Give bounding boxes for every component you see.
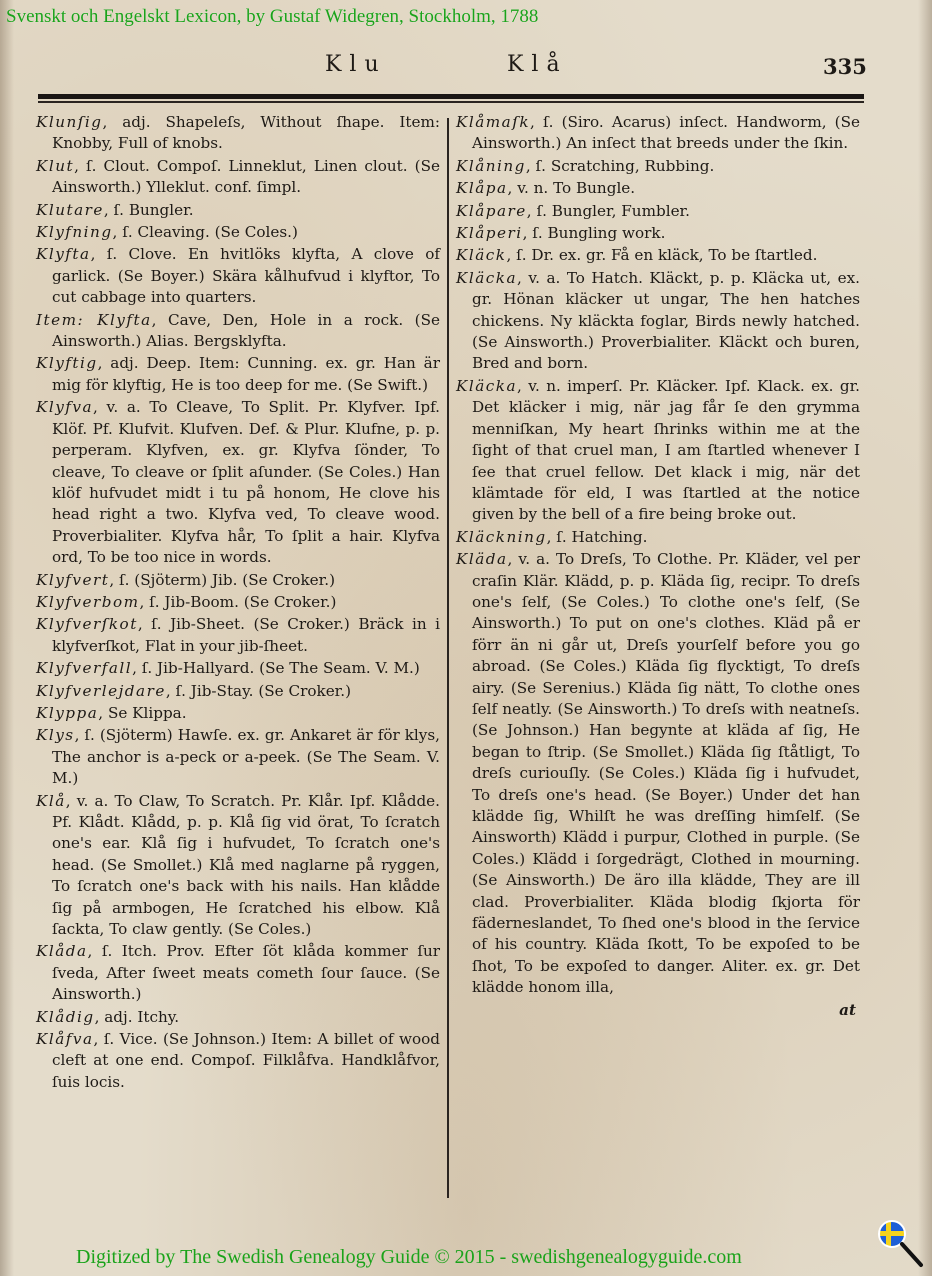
headword: Klyfverlejdare bbox=[36, 682, 166, 700]
headword: Kläckning bbox=[456, 528, 547, 546]
headword: Klådig bbox=[36, 1008, 95, 1026]
headword: Kläcka bbox=[456, 377, 517, 395]
headword: Klyfverfall bbox=[36, 659, 132, 677]
dictionary-entry: Item: Klyfta, Cave, Den, Hole in a rock.… bbox=[36, 310, 440, 353]
digitized-by-footer: Digitized by The Swedish Genealogy Guide… bbox=[76, 1246, 742, 1269]
dictionary-entry: Klåning, ſ. Scratching, Rubbing. bbox=[456, 156, 860, 177]
dictionary-entry: Klyfvert, ſ. (Sjöterm) Jib. (Se Croker.) bbox=[36, 570, 440, 591]
definition: , ſ. Jib-Stay. (Se Croker.) bbox=[166, 682, 351, 700]
headword: Klutare bbox=[36, 201, 104, 219]
definition: , ſ. Hatching. bbox=[547, 528, 648, 546]
running-head-left: Klu bbox=[325, 52, 387, 77]
definition: , ſ. Itch. Prov. Efter ſöt klåda kommer … bbox=[52, 942, 440, 1003]
definition: , ſ. Bungler, Fumbler. bbox=[527, 202, 690, 220]
definition: , ſ. (Siro. Acarus) inſect. Handworm, (S… bbox=[472, 113, 860, 152]
definition: , Se Klippa. bbox=[98, 704, 186, 722]
dictionary-entry: Kläcka, v. a. To Hatch. Kläckt, p. p. Kl… bbox=[456, 268, 860, 375]
headword: Klåning bbox=[456, 157, 526, 175]
headword: Klut bbox=[36, 157, 74, 175]
dictionary-entry: Kläda, v. a. To Dreſs, To Clothe. Pr. Kl… bbox=[456, 549, 860, 999]
definition: , ſ. Bungler. bbox=[104, 201, 194, 219]
definition: , ſ. Scratching, Rubbing. bbox=[526, 157, 714, 175]
dictionary-entry: Klys, ſ. (Sjöterm) Hawſe. ex. gr. Ankare… bbox=[36, 725, 440, 789]
dictionary-entry: Klyfning, ſ. Cleaving. (Se Coles.) bbox=[36, 222, 440, 243]
headword: Klys bbox=[36, 726, 75, 744]
header-rule bbox=[38, 94, 864, 99]
definition: , v. a. To Cleave, To Split. Pr. Klyfver… bbox=[52, 398, 440, 566]
headword: Kläda bbox=[456, 550, 508, 568]
dictionary-entry: Klut, ſ. Clout. Compoſ. Linneklut, Linen… bbox=[36, 156, 440, 199]
right-column: Klåmaſk, ſ. (Siro. Acarus) inſect. Handw… bbox=[456, 112, 860, 1021]
headword: Klåpa bbox=[456, 179, 508, 197]
headword: Klyfvert bbox=[36, 571, 109, 589]
headword: Kläck bbox=[456, 246, 506, 264]
running-head: Klu Klå 335 bbox=[0, 52, 932, 82]
page-number: 335 bbox=[823, 54, 867, 79]
column-divider bbox=[447, 118, 449, 1198]
definition: , v. n. To Bungle. bbox=[508, 179, 636, 197]
definition: , ſ. Vice. (Se Johnson.) Item: A billet … bbox=[52, 1030, 440, 1091]
definition: , v. n. imperſ. Pr. Kläcker. Ipf. Klack.… bbox=[472, 377, 860, 523]
headword: Klyfverbom bbox=[36, 593, 140, 611]
headword: Klyfverſkot bbox=[36, 615, 138, 633]
headword: Klyppa bbox=[36, 704, 98, 722]
dictionary-entry: Klyppa, Se Klippa. bbox=[36, 703, 440, 724]
definition: , ſ. Dr. ex. gr. Få en kläck, To be ſtar… bbox=[506, 246, 817, 264]
dictionary-entry: Klåpare, ſ. Bungler, Fumbler. bbox=[456, 201, 860, 222]
definition: , ſ. Jib-Hallyard. (Se The Seam. V. M.) bbox=[132, 659, 420, 677]
definition: , ſ. (Sjöterm) Jib. (Se Croker.) bbox=[109, 571, 335, 589]
dictionary-entry: Klutare, ſ. Bungler. bbox=[36, 200, 440, 221]
dictionary-entry: Klyfverfall, ſ. Jib-Hallyard. (Se The Se… bbox=[36, 658, 440, 679]
header-rule-thin bbox=[38, 101, 864, 103]
definition: , adj. Shapeleſs, Without ſhape. Item: K… bbox=[52, 113, 440, 152]
dictionary-entry: Klyfverbom, ſ. Jib-Boom. (Se Croker.) bbox=[36, 592, 440, 613]
dictionary-entry: Kläcka, v. n. imperſ. Pr. Kläcker. Ipf. … bbox=[456, 376, 860, 526]
definition: , ſ. Cleaving. (Se Coles.) bbox=[113, 223, 298, 241]
collection-title-watermark: Svenskt och Engelskt Lexicon, by Gustaf … bbox=[6, 6, 538, 28]
dictionary-entry: Klåmaſk, ſ. (Siro. Acarus) inſect. Handw… bbox=[456, 112, 860, 155]
headword: Kläcka bbox=[456, 269, 517, 287]
headword: Klåfva bbox=[36, 1030, 94, 1048]
definition: , ſ. (Sjöterm) Hawſe. ex. gr. Ankaret är… bbox=[52, 726, 440, 787]
definition: , adj. Itchy. bbox=[95, 1008, 180, 1026]
headword: Klåpare bbox=[456, 202, 527, 220]
running-head-right: Klå bbox=[507, 52, 568, 77]
dictionary-entry: Klåda, ſ. Itch. Prov. Efter ſöt klåda ko… bbox=[36, 941, 440, 1005]
headword: Klunſig bbox=[36, 113, 102, 131]
headword: Klyftig bbox=[36, 354, 98, 372]
dictionary-entry: Klå, v. a. To Claw, To Scratch. Pr. Klår… bbox=[36, 791, 440, 941]
definition: , v. a. To Dreſs, To Clothe. Pr. Kläder,… bbox=[472, 550, 860, 996]
dictionary-entry: Klyfva, v. a. To Cleave, To Split. Pr. K… bbox=[36, 397, 440, 568]
swedish-flag-magnifier-icon bbox=[876, 1218, 926, 1270]
definition: , v. a. To Hatch. Kläckt, p. p. Kläcka u… bbox=[472, 269, 860, 373]
dictionary-entry: Kläck, ſ. Dr. ex. gr. Få en kläck, To be… bbox=[456, 245, 860, 266]
headword: Klyfta bbox=[36, 245, 91, 263]
catchword: at bbox=[456, 1000, 860, 1021]
definition: , adj. Deep. Item: Cunning. ex. gr. Han … bbox=[52, 354, 440, 393]
definition: , ſ. Bungling work. bbox=[523, 224, 666, 242]
headword: Klyfning bbox=[36, 223, 113, 241]
headword: Klåperi bbox=[456, 224, 523, 242]
definition: , ſ. Clout. Compoſ. Linneklut, Linen clo… bbox=[52, 157, 440, 196]
dictionary-entry: Klyfta, ſ. Clove. En hvitlöks klyfta, A … bbox=[36, 244, 440, 308]
headword: Klå bbox=[36, 792, 66, 810]
dictionary-entry: Klådig, adj. Itchy. bbox=[36, 1007, 440, 1028]
dictionary-entry: Klyftig, adj. Deep. Item: Cunning. ex. g… bbox=[36, 353, 440, 396]
dictionary-entry: Klåfva, ſ. Vice. (Se Johnson.) Item: A b… bbox=[36, 1029, 440, 1093]
dictionary-entry: Klyfverlejdare, ſ. Jib-Stay. (Se Croker.… bbox=[36, 681, 440, 702]
definition: , ſ. Clove. En hvitlöks klyfta, A clove … bbox=[52, 245, 440, 306]
headword: Klåmaſk bbox=[456, 113, 530, 131]
headword: Klåda bbox=[36, 942, 88, 960]
dictionary-entry: Klåpa, v. n. To Bungle. bbox=[456, 178, 860, 199]
dictionary-entry: Klåperi, ſ. Bungling work. bbox=[456, 223, 860, 244]
dictionary-entry: Klyfverſkot, ſ. Jib-Sheet. (Se Croker.) … bbox=[36, 614, 440, 657]
dictionary-entry: Kläckning, ſ. Hatching. bbox=[456, 527, 860, 548]
headword: Item: Klyfta bbox=[36, 311, 152, 329]
headword: Klyfva bbox=[36, 398, 93, 416]
definition: , ſ. Jib-Boom. (Se Croker.) bbox=[140, 593, 337, 611]
definition: , v. a. To Claw, To Scratch. Pr. Klår. I… bbox=[52, 792, 440, 938]
dictionary-entry: Klunſig, adj. Shapeleſs, Without ſhape. … bbox=[36, 112, 440, 155]
left-column: Klunſig, adj. Shapeleſs, Without ſhape. … bbox=[36, 112, 440, 1094]
